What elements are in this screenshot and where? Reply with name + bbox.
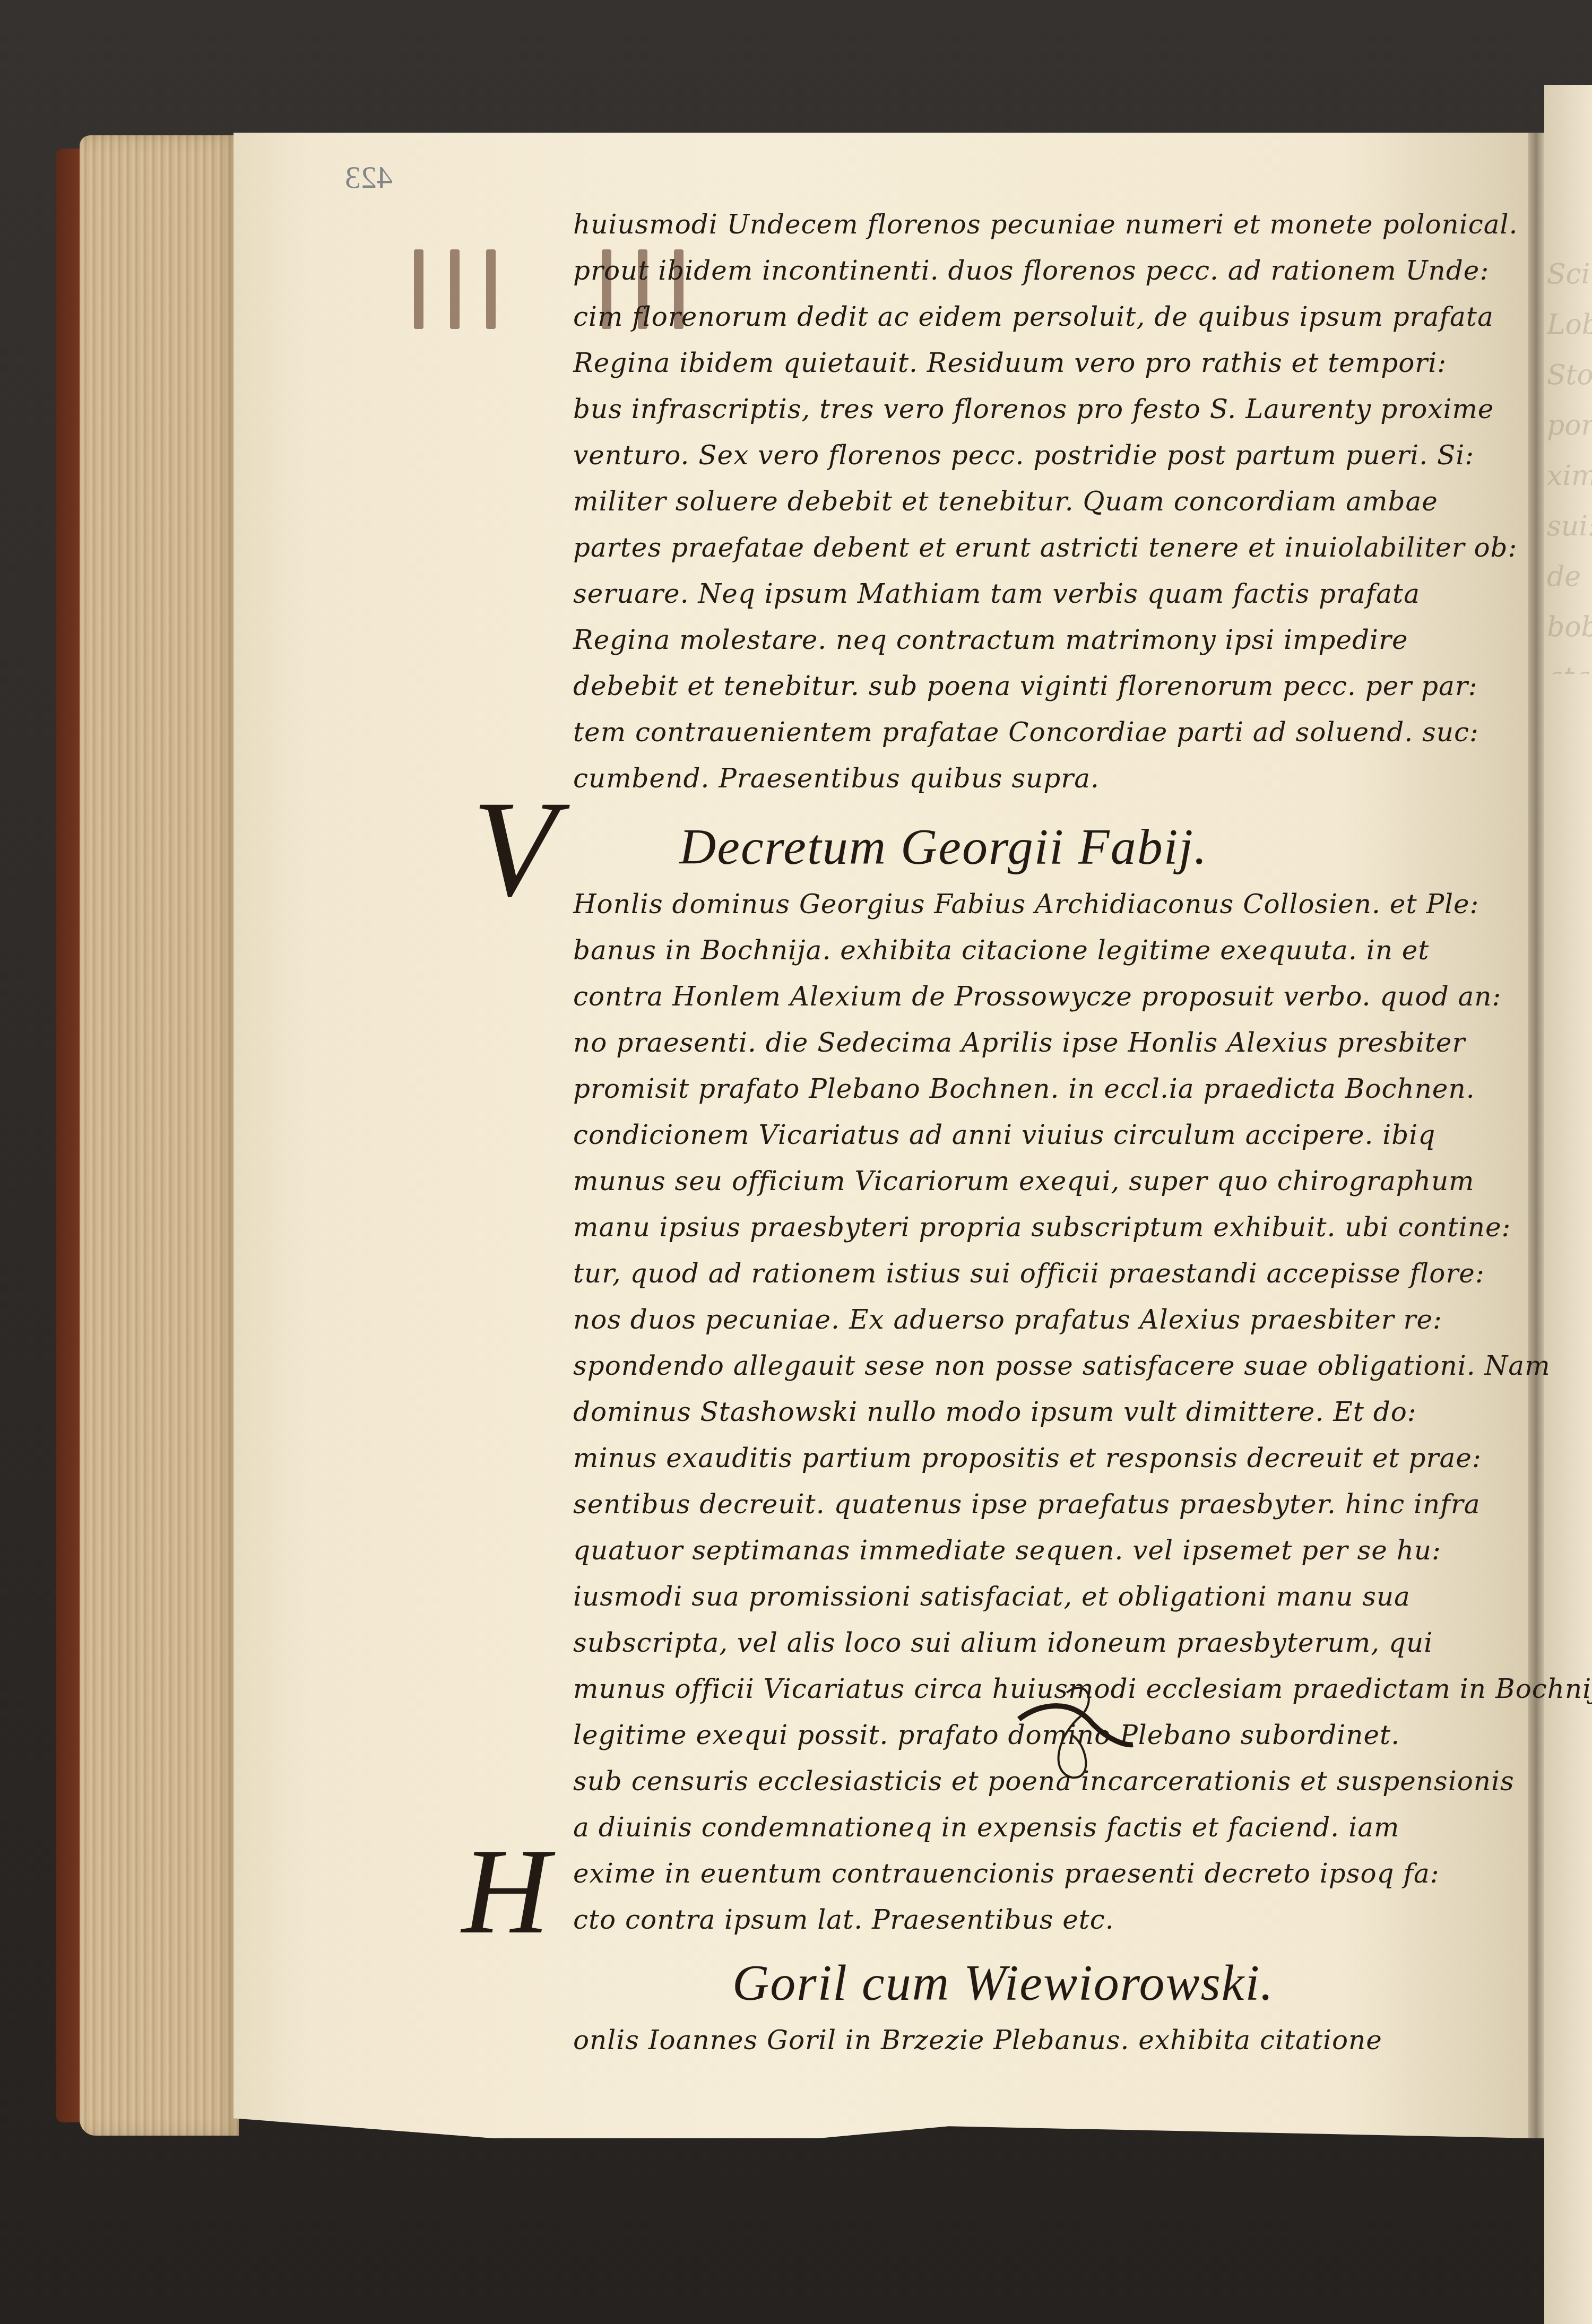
text-line: debebit et tenebitur. sub poena viginti … — [573, 663, 1539, 709]
text-line: quatuor septimanas immediate sequen. vel… — [573, 1528, 1539, 1574]
text-line: munus officii Vicariatus circa huiusmodi… — [573, 1666, 1539, 1712]
text-line: munus seu officium Vicariorum exequi, su… — [573, 1158, 1539, 1204]
ghost-line: Stofe — [1547, 350, 1592, 401]
text-line: promisit prafato Plebano Bochnen. in ecc… — [573, 1066, 1539, 1112]
manuscript-text-block: huiusmodi Undecem florenos pecuniae nume… — [573, 202, 1539, 2063]
ghost-line: Lob — [1547, 300, 1592, 350]
text-line: legitime exequi possit. prafato domino P… — [573, 1712, 1539, 1758]
text-line: cim florenorum dedit ac eidem persoluit,… — [573, 294, 1539, 340]
bleed-gap — [522, 249, 575, 329]
text-line: contra Honlem Alexium de Prossowycze pro… — [573, 974, 1539, 1020]
bleed-stroke — [414, 249, 423, 329]
ghost-line: sui: — [1547, 501, 1592, 552]
text-line: Honlis dominus Georgius Fabius Archidiac… — [573, 881, 1539, 927]
folio-number: 423 — [345, 159, 393, 196]
text-line: prout ibidem incontinenti. duos florenos… — [573, 248, 1539, 294]
text-line: Regina molestare. neq contractum matrimo… — [573, 617, 1539, 663]
text-line: cto contra ipsum lat. Praesentibus etc. — [573, 1897, 1539, 1943]
entry-3-body: onlis Ioannes Goril in Brzezie Plebanus.… — [573, 2017, 1539, 2063]
ghost-line: xime — [1547, 451, 1592, 501]
bleed-stroke — [486, 249, 496, 329]
text-line: tur, quod ad rationem istius sui officii… — [573, 1251, 1539, 1297]
text-line: exime in euentum contrauencionis praesen… — [573, 1851, 1539, 1897]
text-line: sub censuris ecclesiasticis et poena inc… — [573, 1758, 1539, 1805]
ghost-line: de — [1547, 552, 1592, 602]
text-line: militer soluere debebit et tenebitur. Qu… — [573, 479, 1539, 525]
text-line: venturo. Sex vero florenos pecc. postrid… — [573, 432, 1539, 479]
text-line: huiusmodi Undecem florenos pecuniae nume… — [573, 202, 1539, 248]
ghost-line: bob: — [1547, 602, 1592, 653]
ghost-line: ata — [1547, 653, 1592, 674]
ghost-line: Scim — [1547, 249, 1592, 300]
entry-heading-decretum-georgii-fabij: Decretum Georgii Fabij. — [573, 812, 1539, 881]
entry-2-body: Honlis dominus Georgius Fabius Archidiac… — [573, 881, 1539, 1943]
bleed-stroke — [450, 249, 460, 329]
text-line: condicionem Vicariatus ad anni viuius ci… — [573, 1112, 1539, 1158]
text-line: cumbend. Praesentibus quibus supra. — [573, 756, 1539, 802]
text-line: partes praefatae debent et erunt astrict… — [573, 525, 1539, 571]
text-line: spondendo allegauit sese non posse satis… — [573, 1343, 1539, 1389]
text-line: dominus Stashowski nullo modo ipsum vult… — [573, 1389, 1539, 1435]
decorated-initial-v: V — [472, 780, 557, 918]
text-line: onlis Ioannes Goril in Brzezie Plebanus.… — [573, 2017, 1539, 2063]
page-stack-fore-edge — [80, 135, 239, 2136]
text-line: no praesenti. die Sedecima Aprilis ipse … — [573, 1020, 1539, 1066]
text-line: sentibus decreuit. quatenus ipse praefat… — [573, 1481, 1539, 1528]
text-line: a diuinis condemnationeq in expensis fac… — [573, 1805, 1539, 1851]
text-line: seruare. Neq ipsum Mathiam tam verbis qu… — [573, 571, 1539, 617]
text-line: subscripta, vel alis loco sui alium idon… — [573, 1620, 1539, 1666]
text-line: banus in Bochnija. exhibita citacione le… — [573, 927, 1539, 974]
text-line: manu ipsius praesbyteri propria subscrip… — [573, 1204, 1539, 1251]
text-line: iusmodi sua promissioni satisfaciat, et … — [573, 1574, 1539, 1620]
text-line: minus exauditis partium propositis et re… — [573, 1435, 1539, 1481]
text-line: tem contrauenientem prafatae Concordiae … — [573, 709, 1539, 756]
decorated-initial-h: H — [462, 1831, 550, 1953]
entry-heading-goril-cum-wiewiorowski: Goril cum Wiewiorowski. — [573, 1948, 1539, 2017]
facing-page-ghost-text: Scim Lob Stofe por: xime sui: de bob: at… — [1547, 249, 1592, 674]
text-line: Regina ibidem quietauit. Residuum vero p… — [573, 340, 1539, 386]
text-line: bus infrascriptis, tres vero florenos pr… — [573, 386, 1539, 432]
entry-1-continuation: huiusmodi Undecem florenos pecuniae nume… — [573, 202, 1539, 802]
ghost-line: por: — [1547, 401, 1592, 451]
text-line: nos duos pecuniae. Ex aduerso prafatus A… — [573, 1297, 1539, 1343]
